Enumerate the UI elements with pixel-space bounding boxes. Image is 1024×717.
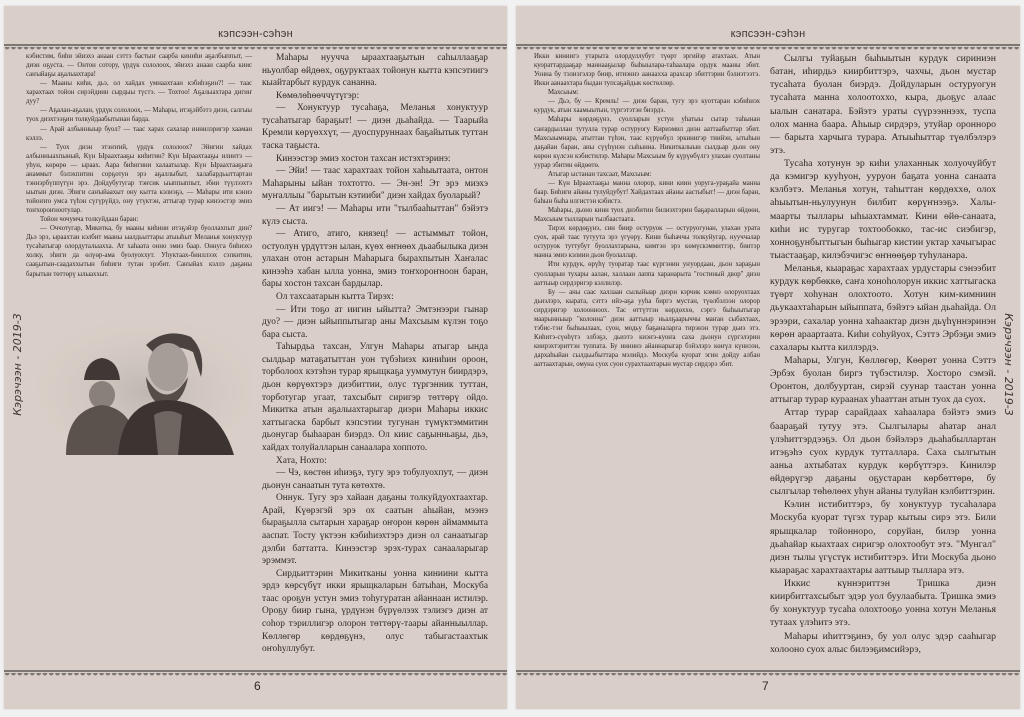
paragraph: Маһары иһиттэҕинэ, бу уол олус эдэр сааһ… — [770, 630, 996, 656]
text-column-1: Икки киниигэ утарыта олордуллубут түөрт … — [534, 52, 760, 656]
journal-side-label: Кэрэчээн - 2019-3 — [11, 313, 24, 416]
paragraph: Ол тахсаатарын кытта Тирэх: — [262, 291, 488, 304]
paragraph: Сирдьиттэрин Микитканы уонна киниини кыт… — [262, 568, 488, 656]
paragraph: Тирэх көрдөҕүнэ, син биир остуруок — ост… — [534, 224, 760, 260]
text-columns: кэбистим, биһи эйиэхэ анаан сэттэ бастыҥ… — [26, 52, 488, 656]
paragraph: Маһары, дьоно кини туох диэбитин билиэхт… — [534, 206, 760, 224]
paragraph: Хата, Нохто: — [262, 455, 488, 468]
paragraph: Бу — аны саас халлаан сылыйыар диэри кэр… — [534, 288, 760, 370]
page-number: 7 — [762, 679, 769, 693]
paragraph: кэбистим, биһи эйиэхэ анаан сэттэ бастыҥ… — [26, 52, 252, 79]
illustration-two-men — [26, 285, 252, 455]
paragraph: — Дьэ, бу — Кремль! — диэн баран, тугу э… — [534, 97, 760, 115]
right-page: кэпсээн-сэһэн Кэрэчээн - 2019-3 Икки кин… — [516, 6, 1020, 709]
paragraph: Маһары көрдөҕүнэ, суолларын устун уһатыы… — [534, 115, 760, 169]
paragraph: — Аҕалан-аҕалан, үрдүк сололоох, — Маһар… — [26, 106, 252, 124]
text-columns: Икки киниигэ утарыта олордуллубут түөрт … — [534, 52, 996, 656]
paragraph: Кинээстэр эмиэ хостон тахсан истэхтэринэ… — [262, 153, 488, 166]
paragraph: — Күн Ыраахтааҕы манна олорор, кини киин… — [534, 179, 760, 206]
paragraph: Тусаһа хотунун эр киһи улаханнык холуочу… — [770, 157, 996, 262]
paragraph: Сылгы туйаҕын быһыытын курдук сириниэн б… — [770, 52, 996, 157]
paragraph: Таһырдьа тахсан, Улгун Маһары атыгар ынд… — [262, 341, 488, 454]
paragraph: Икки киниигэ утарыта олордуллубут түөрт … — [534, 52, 760, 88]
paragraph: Көмөлөһөөччүтүгэр: — [262, 90, 488, 103]
running-head: кэпсээн-сэһэн — [516, 28, 1020, 40]
paragraph: — Туох диэн этэҥҥий, үрдүк сололоох? Эйи… — [26, 143, 252, 216]
page-number: 6 — [254, 679, 261, 693]
paragraph: Маһары, Улгун, Көллөгөр, Көөрөт уонна Сэ… — [770, 354, 996, 407]
paragraph: Махсыым: — [534, 88, 760, 97]
paragraph: — Арай албынныыр буол? — таас харах саха… — [26, 125, 252, 143]
text-column-2: Сылгы туйаҕын быһыытын курдук сириниэн б… — [770, 52, 996, 656]
paragraph: — Мааны киһи, дьэ, ол хайдах умнаахтаан … — [26, 79, 252, 106]
text-column-1: кэбистим, биһи эйиэхэ анаан сэттэ бастыҥ… — [26, 52, 252, 656]
paragraph: — Оччотугар, Микитка, бу мааны киһини ит… — [26, 224, 252, 278]
paragraph: Иккис күннэриттэн Тришка диэн киирбиттах… — [770, 577, 996, 630]
journal-side-label: Кэрэчээн - 2019-3 — [1002, 313, 1015, 416]
paragraph: — Атиго, атиго, князец! — астыммыт тойон… — [262, 228, 488, 291]
paragraph: — Эйи! — таас харахтаах тойон хаһыытаата… — [262, 165, 488, 203]
portrait-illustration-icon — [26, 285, 252, 455]
paragraph: — Ат иигэ! — Маһары ити "тылбааһыттан" б… — [262, 203, 488, 228]
paragraph: Атыгар ыстанан тахсаат, Махсыым: — [534, 170, 760, 179]
paragraph: Оннук. Тугу эрэ хайаан даҕаны толкуйдуох… — [262, 492, 488, 567]
paragraph: — Ити тоҕо ат иигин ыйытта? Эмтэнээри гы… — [262, 304, 488, 342]
paragraph: Аттар турар сарайдаах хаһаалара бэйэтэ э… — [770, 406, 996, 498]
paragraph: Кэлин истибиттэрэ, бу хонуктуур тусаһала… — [770, 498, 996, 577]
text-column-2: Маһары нуучча ыраахтааҕытын саһыллааҕар … — [262, 52, 488, 656]
paragraph: — Чэ, көстөн иһиэҕэ, тугу эрэ тобулуохпу… — [262, 467, 488, 492]
paragraph: Тойон чочумча толкуйдаан баран: — [26, 215, 252, 224]
left-page: кэпсээн-сэһэн Кэрэчээн - 2019-3 кэбистим… — [4, 6, 507, 709]
paragraph: Маһары нуучча ыраахтааҕытын саһыллааҕар … — [262, 52, 488, 90]
paragraph: — Хонуктуур тусаһаҕа, Меланья хонуктуур … — [262, 102, 488, 152]
paragraph: Ити курдук, өрүһү туоратар таас күргэнин… — [534, 260, 760, 287]
running-head: кэпсээн-сэһэн — [4, 28, 507, 40]
paragraph: Меланья, кыараҕас харахтаах урдустары сэ… — [770, 262, 996, 354]
